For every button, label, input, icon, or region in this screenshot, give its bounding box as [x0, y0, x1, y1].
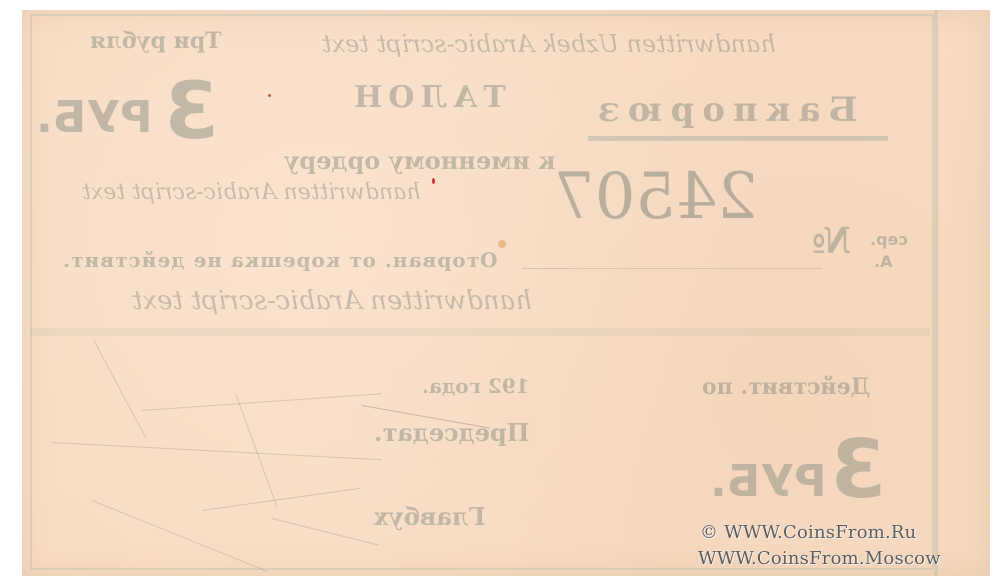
denomination-unit-bottom: РУБ.	[710, 456, 826, 507]
series-label: сер.	[870, 230, 908, 249]
chief-accountant-label: Главбух	[374, 502, 485, 531]
detach-warning: Оторван. от корешка не действит.	[62, 248, 497, 272]
center-band	[30, 328, 930, 336]
year-label: 192 года.	[422, 374, 530, 398]
banknote-reverse: Три рубля 3 РУБ. handwritten Uzbek Arabi…	[22, 10, 990, 576]
handwritten-line-middle: handwritten Arabic-script text	[132, 286, 532, 316]
handwritten-date: handwritten Arabic-script text	[82, 180, 420, 205]
valid-until-label: Действит. по	[702, 374, 870, 400]
stain-spot	[498, 240, 506, 248]
series-letter: А.	[874, 252, 892, 271]
watermark-line-1: © WWW.CoinsFrom.Ru	[700, 522, 916, 543]
serial-underline	[522, 268, 822, 269]
stub-fold-line	[934, 10, 938, 576]
number-sign: №	[812, 220, 851, 262]
order-line: к именному ордеру	[284, 146, 556, 175]
handwritten-line-top: handwritten Uzbek Arabic-script text	[322, 30, 776, 58]
denomination-big-top: 3	[164, 72, 218, 152]
serial-number: 24507	[554, 160, 758, 234]
watermark-line-2: WWW.CoinsFrom.Moscow	[698, 548, 941, 569]
bank-title: Бакпорюз	[590, 90, 858, 130]
talon-title: ТАЛОН	[348, 80, 506, 115]
denomination-words: Три рубля	[90, 28, 222, 54]
handwritten-valid-date	[688, 346, 694, 370]
denomination-unit-top: РУБ.	[36, 92, 152, 143]
title-underline	[588, 136, 888, 141]
chairman-label: Председат.	[374, 418, 529, 447]
denomination-big-bottom: 3	[830, 428, 886, 512]
ink-spot	[432, 178, 435, 184]
ink-spot	[268, 94, 271, 97]
